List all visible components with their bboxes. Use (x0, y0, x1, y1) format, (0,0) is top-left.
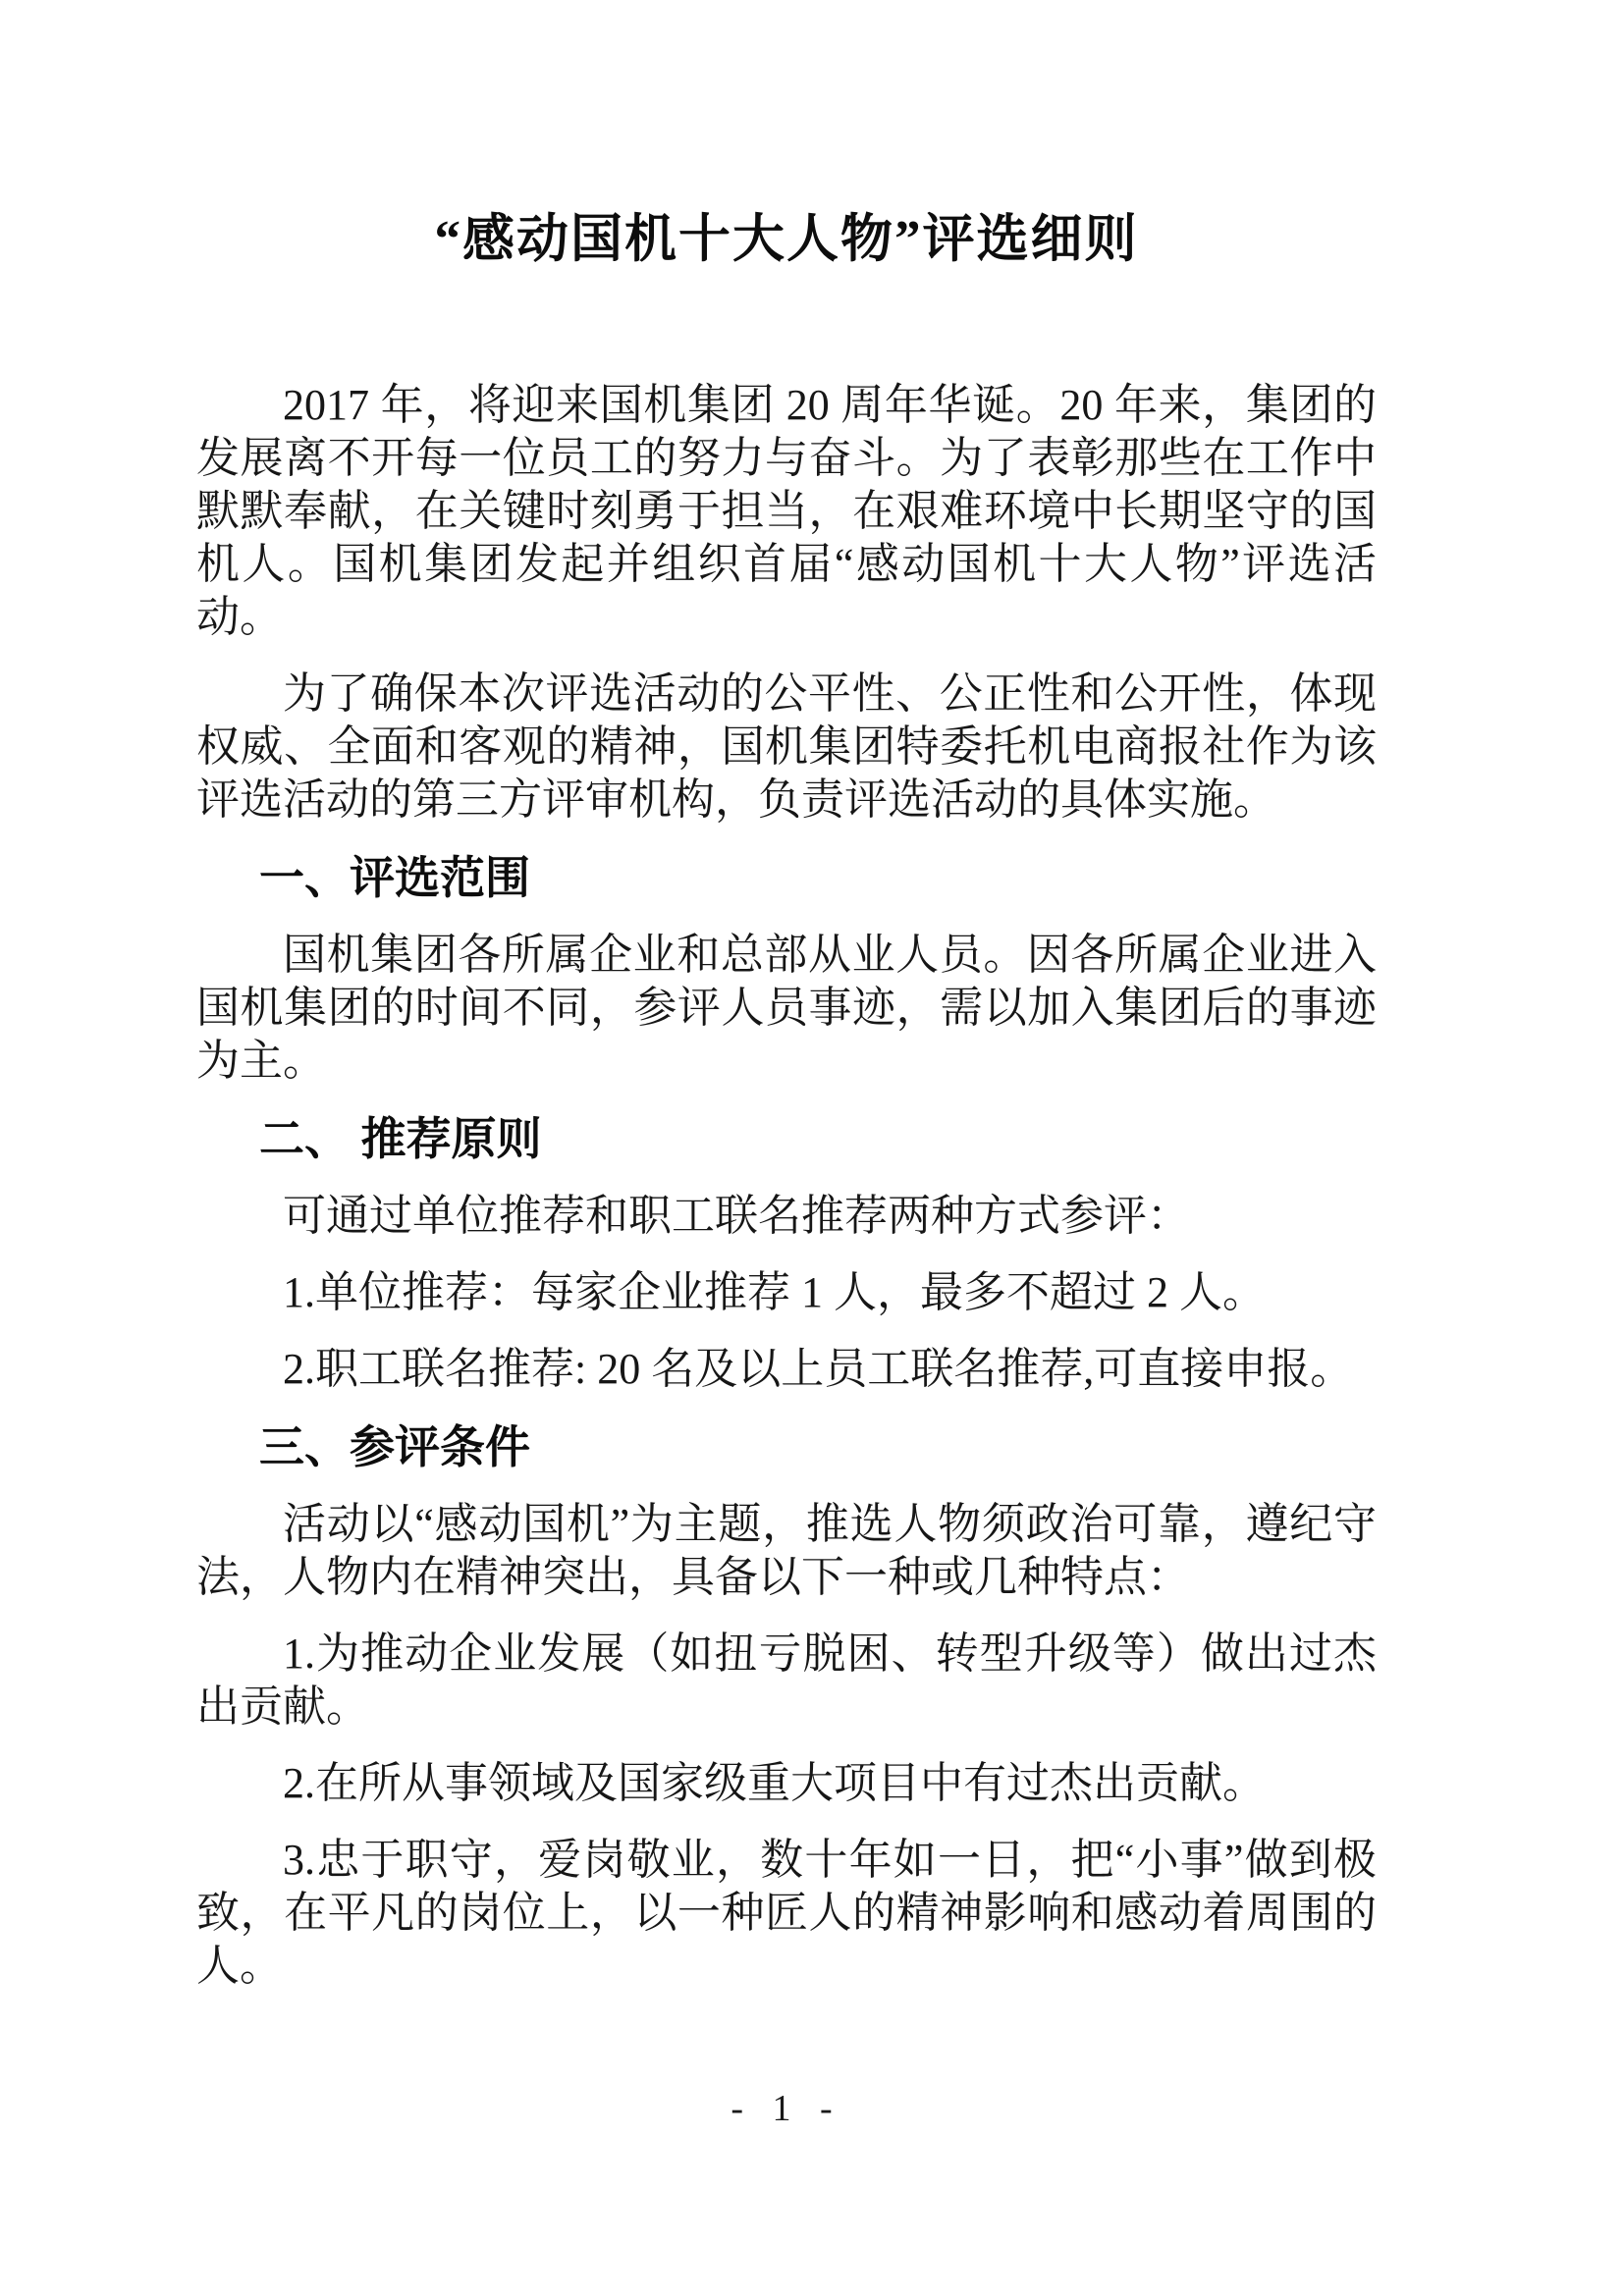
section-3-item-2: 2.在所从事领域及国家级重大项目中有过杰出贡献。 (196, 1757, 1377, 1810)
intro-paragraph-2: 为了确保本次评选活动的公平性、公正性和公开性，体现权威、全面和客观的精神，国机集… (196, 667, 1377, 827)
document-title: “感动国机十大人物”评选细则 (196, 0, 1377, 271)
section-2-item-1: 1.单位推荐：每家企业推荐 1 人，最多不超过 2 人。 (196, 1266, 1377, 1319)
section-heading-2: 二、 推荐原则 (196, 1113, 1377, 1166)
section-heading-1: 一、评选范围 (196, 852, 1377, 905)
intro-paragraph-1: 2017 年，将迎来国机集团 20 周年华诞。20 年来，集团的发展离不开每一位… (196, 379, 1377, 644)
section-3-item-3: 3.忠于职守，爱岗敬业，数十年如一日，把“小事”做到极致，在平凡的岗位上，以一种… (196, 1834, 1377, 1993)
page-number: - 1 - (196, 2087, 1377, 2130)
section-1-paragraph: 国机集团各所属企业和总部从业人员。因各所属企业进入国机集团的时间不同，参评人员事… (196, 929, 1377, 1088)
section-2-paragraph: 可通过单位推荐和职工联名推荐两种方式参评： (196, 1190, 1377, 1243)
section-3-item-1: 1.为推动企业发展（如扭亏脱困、转型升级等）做出过杰出贡献。 (196, 1628, 1377, 1734)
section-2-item-2: 2.职工联名推荐: 20 名及以上员工联名推荐,可直接申报。 (196, 1343, 1377, 1396)
section-heading-3: 三、参评条件 (196, 1421, 1377, 1474)
section-3-paragraph: 活动以“感动国机”为主题，推选人物须政治可靠，遵纪守法，人物内在精神突出，具备以… (196, 1498, 1377, 1604)
document-page: “感动国机十大人物”评选细则 2017 年，将迎来国机集团 20 周年华诞。20… (0, 0, 1624, 2296)
